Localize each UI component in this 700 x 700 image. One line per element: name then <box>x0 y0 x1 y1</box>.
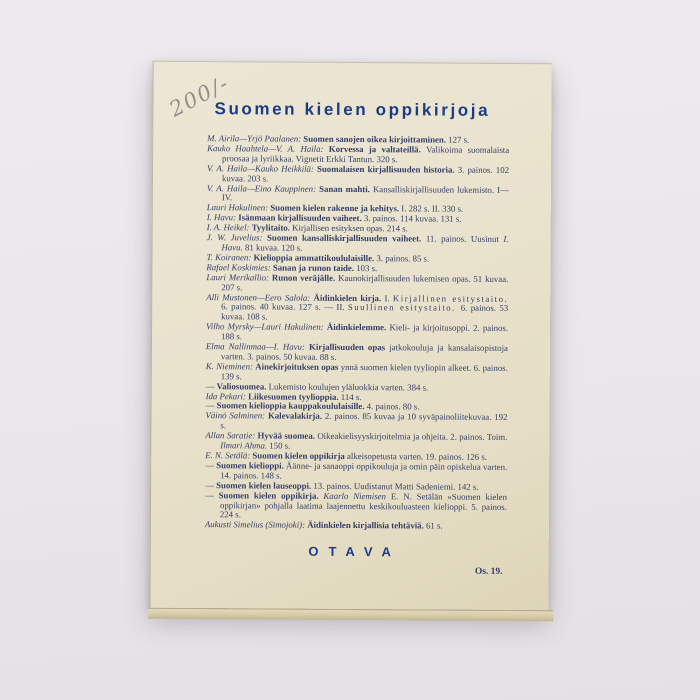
entry-title: Suomen kielen oppikirja <box>252 450 347 461</box>
entry-author: Aukusti Simelius (Simojoki): <box>205 519 307 530</box>
entry-title: Äidinkielen kirjallisia tehtäviä. <box>307 520 426 531</box>
publisher-name: OTAVA <box>151 543 549 560</box>
page-edges <box>148 608 553 621</box>
entry-text: — <box>206 381 217 391</box>
book-list: M. Airila—Yrjö Paalanen: Suomen sanojen … <box>205 134 509 532</box>
entry-author: K. Nieminen: <box>206 361 256 371</box>
entry-text: — <box>205 480 216 490</box>
entry-author: Lauri Merikallio: <box>206 272 272 282</box>
entry-title: Valiosuomea. <box>217 381 269 391</box>
entry-title: Kirjallisuuden opas <box>309 342 389 352</box>
entry-author: M. Airila—Yrjö Paalanen: <box>207 133 303 144</box>
entry-text: 127 s. <box>448 135 469 145</box>
entry-title: Tyylitaito. <box>252 223 292 233</box>
entry-title: Liikesuomen tyylioppia. <box>248 391 341 402</box>
entry-text: 150 s. <box>269 441 290 451</box>
entry-text: 81 kuvaa. 120 s. <box>245 242 302 252</box>
entry-text: 3. painos. 85 s. <box>376 253 429 263</box>
entry-text: I. 282 s. II. 330 s. <box>401 204 463 214</box>
book-entry: — Suomen kielen oppikirja. Kaarlo Niemis… <box>205 491 507 523</box>
entry-title: Suomalaisen kirjallisuuden historia. <box>317 164 458 175</box>
entry-author: Väinö Salminen: <box>205 410 268 420</box>
entry-author: I. Havu: <box>207 212 239 222</box>
entry-title: Hyvää suomea. <box>258 431 318 441</box>
entry-text: — <box>205 490 219 500</box>
entry-text: 11. painos. Uusinut <box>426 234 504 244</box>
entry-title: Äidinkielemme. <box>327 322 390 332</box>
entry-text: — <box>205 460 216 470</box>
entry-author: Ilmari Ahma. <box>220 440 269 450</box>
entry-title: Kalevalakirja. <box>268 411 325 421</box>
entry-author: J. W. Juvelius: <box>207 232 268 242</box>
entry-author: E. N. Setälä: <box>205 450 252 460</box>
entry-title: Sanan ja runon taide. <box>273 262 356 273</box>
entry-author: Rafael Koskimies: <box>206 262 273 272</box>
photo-background: 200/- Suomen kielen oppikirjoja M. Airil… <box>0 0 700 700</box>
entry-text: Oikeakielisyyskirjoitelmia ja ohjeita. 2… <box>317 431 507 442</box>
entry-text: 4. painos. 80 s. <box>367 402 420 412</box>
entry-text: Suullinen esitystaito. <box>348 302 461 313</box>
entry-text: — <box>206 401 217 411</box>
entry-title: Suomen kielen lauseoppi. <box>216 480 313 491</box>
entry-author: I. A. Heikel: <box>207 222 252 232</box>
entry-text: 61 s. <box>426 521 443 531</box>
entry-author: Allan Saratie: <box>205 430 257 440</box>
entry-text: I. <box>384 293 393 303</box>
entry-author: T. Koiranen: <box>206 252 253 262</box>
book-entry: Aukusti Simelius (Simojoki): Äidinkielen… <box>205 520 507 532</box>
entry-title: Sanan mahti. <box>319 183 373 193</box>
entry-title: Runon veräjälle. <box>272 272 338 282</box>
entry-title: Suomen kielioppi. <box>216 460 286 470</box>
entry-text: 103 s. <box>356 263 377 273</box>
entry-text: 114 s. <box>341 392 362 402</box>
entry-author: Lauri Hakulinen: <box>207 202 271 212</box>
book-cover: 200/- Suomen kielen oppikirjoja M. Airil… <box>149 61 551 610</box>
entry-title: Ainekirjoituksen opas <box>255 361 341 372</box>
catalog-code: Os. 19. <box>151 565 549 577</box>
entry-author: Ida Pekari: <box>206 391 249 401</box>
entry-author: Kaarlo Niemisen <box>323 490 390 500</box>
entry-title: Äidinkielen kirja. <box>314 292 385 302</box>
book-entry: Alli Mustonen—Eero Salola: Äidinkielen k… <box>206 293 508 325</box>
